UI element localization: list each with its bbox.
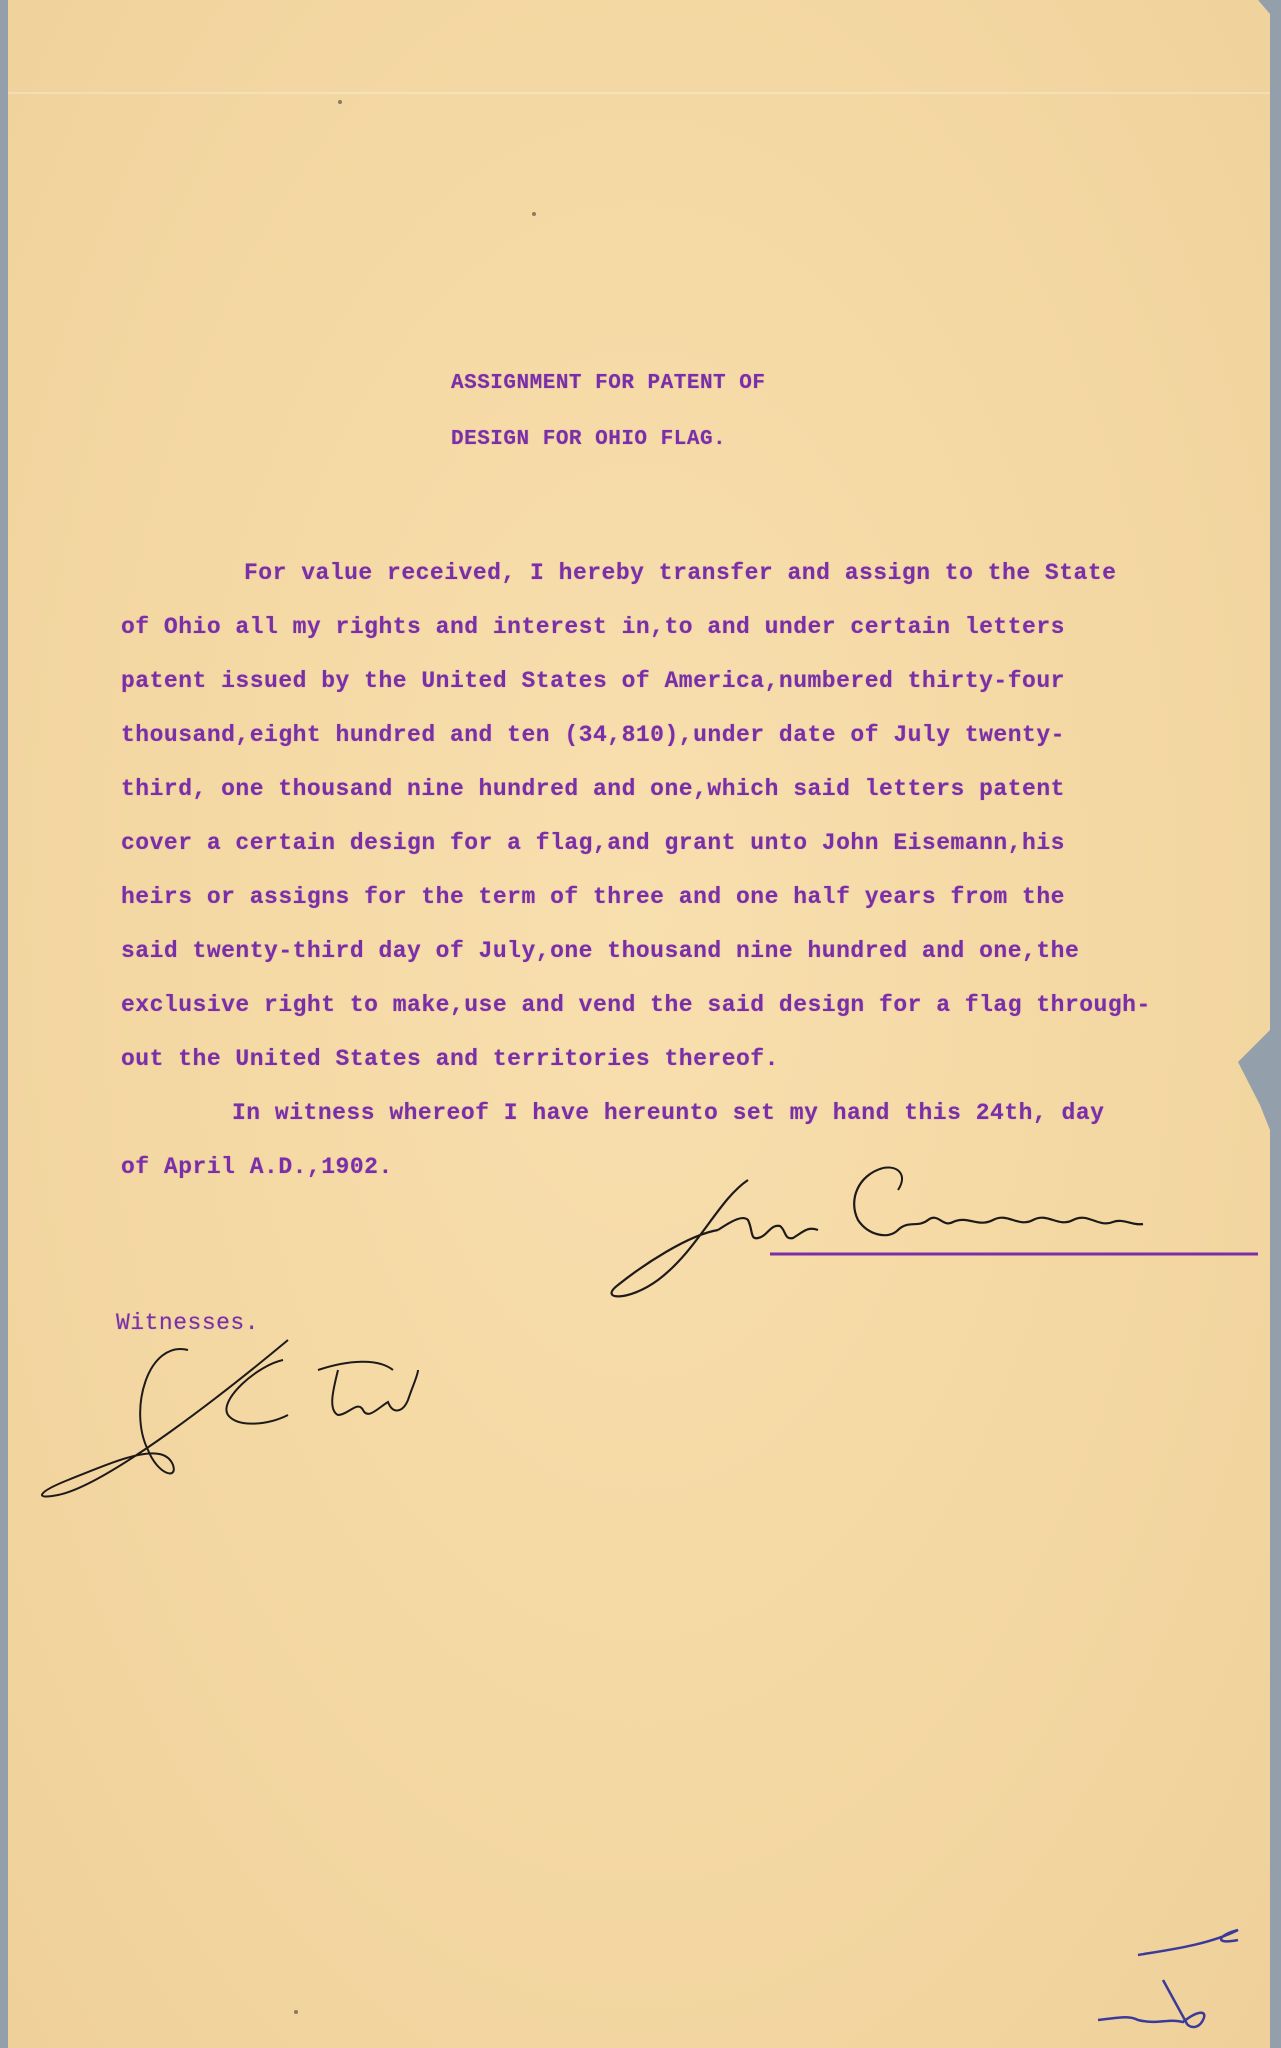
body-line: said twenty-third day of July,one thousa…: [121, 938, 1079, 964]
body-line: third, one thousand nine hundred and one…: [121, 776, 1065, 802]
body-line: exclusive right to make,use and vend the…: [121, 992, 1151, 1018]
body-line: thousand,eight hundred and ten (34,810),…: [121, 722, 1065, 748]
witness-clause-line-1: In witness whereof I have hereunto set m…: [232, 1100, 1104, 1126]
paper-fold: [8, 92, 1270, 94]
signature-witness-todd-icon: [28, 1330, 428, 1500]
document-page: ASSIGNMENT FOR PATENT OF DESIGN FOR OHIO…: [8, 0, 1270, 2048]
body-line: out the United States and territories th…: [121, 1046, 779, 1072]
document-title-line-1: ASSIGNMENT FOR PATENT OF: [451, 372, 765, 395]
signature-john-eisemann-icon: [598, 1160, 1258, 1310]
ink-speck: [294, 2010, 298, 2014]
body-line: heirs or assigns for the term of three a…: [121, 884, 1065, 910]
body-line: For value received, I hereby transfer an…: [244, 560, 1116, 586]
body-line: of Ohio all my rights and interest in,to…: [121, 614, 1065, 640]
body-line: cover a certain design for a flag,and gr…: [121, 830, 1065, 856]
document-title-line-2: DESIGN FOR OHIO FLAG.: [451, 428, 726, 451]
witness-clause-line-2: of April A.D.,1902.: [121, 1154, 393, 1180]
body-line: patent issued by the United States of Am…: [121, 668, 1065, 694]
ink-speck: [532, 212, 536, 216]
ink-speck: [338, 100, 342, 104]
pencil-notation-icon: [1088, 1910, 1268, 2048]
